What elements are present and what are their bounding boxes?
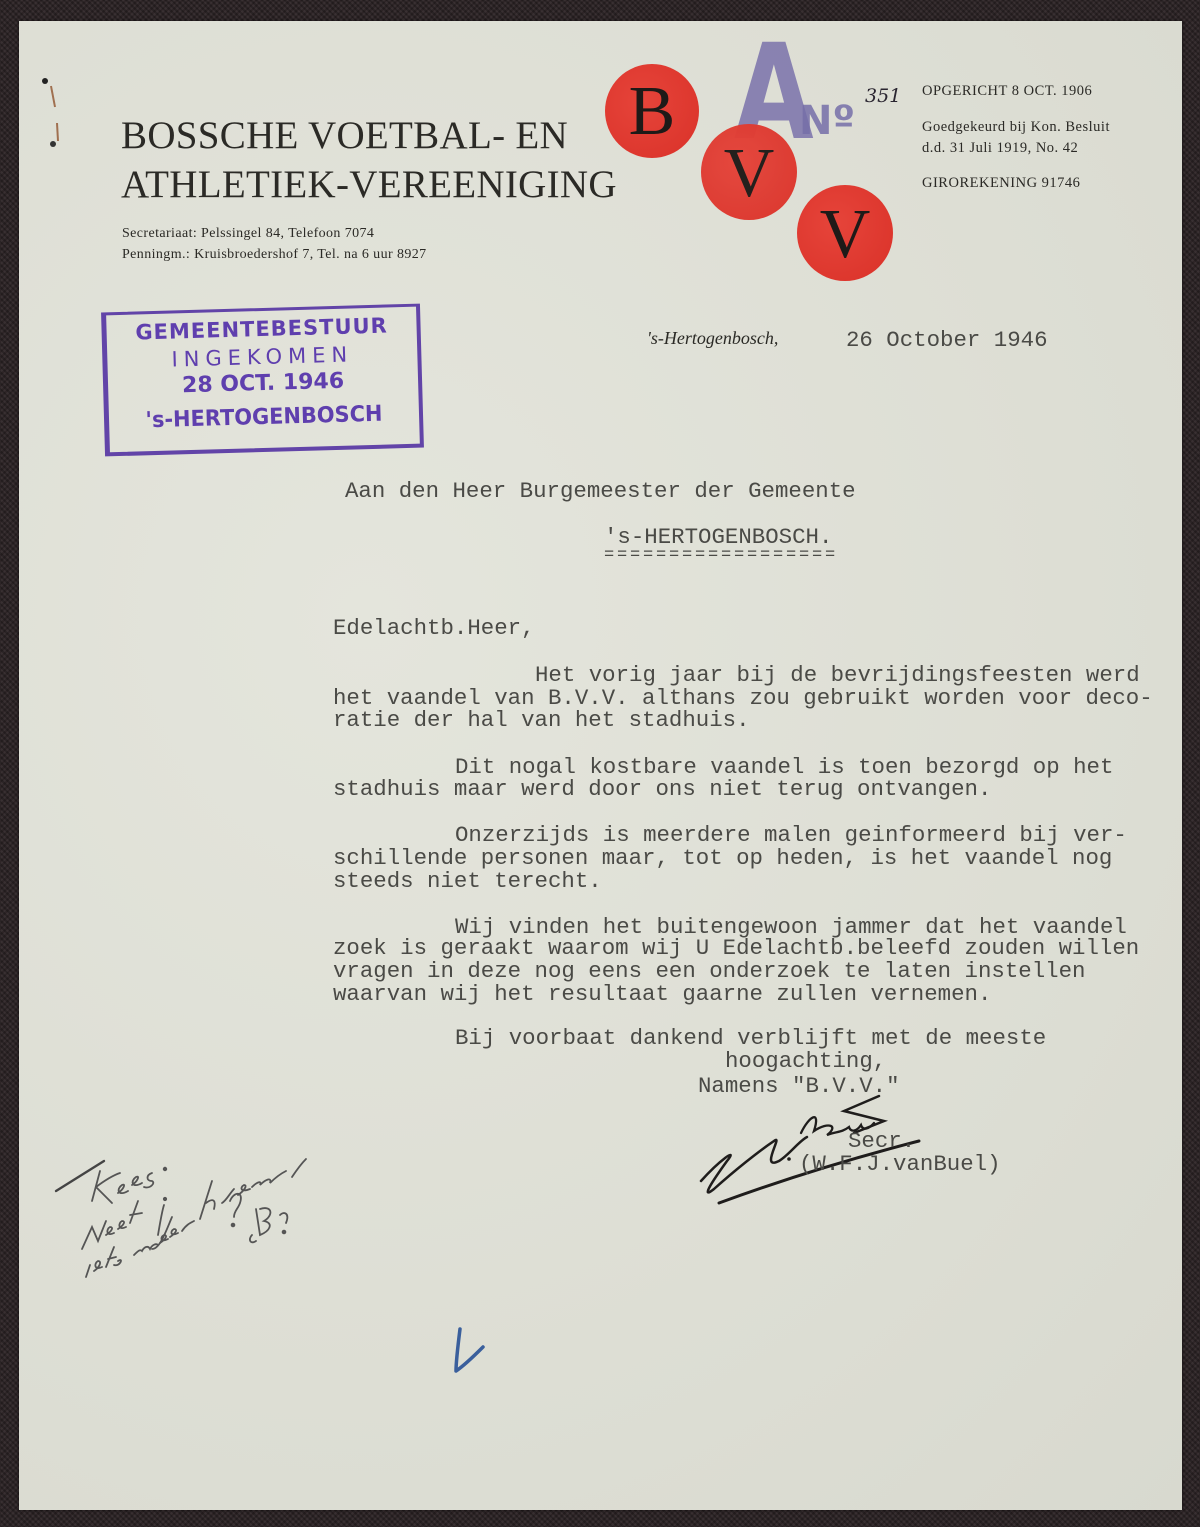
goedgekeurd-line1: Goedgekeurd bij Kon. Besluit bbox=[922, 119, 1110, 136]
body-p1-line3: ratie der hal van het stadhuis. bbox=[333, 707, 750, 733]
body-p2-line2: stadhuis maar werd door ons niet terug o… bbox=[333, 776, 991, 802]
opgericht: OPGERICHT 8 OCT. 1906 bbox=[922, 83, 1092, 100]
received-stamp-city: 's-HERTOGENBOSCH bbox=[117, 401, 412, 434]
logo-circle-v1: V bbox=[701, 124, 797, 220]
archive-number: 351 bbox=[865, 85, 901, 107]
body-p4-line4: waarvan wij het resultaat gaarne zullen … bbox=[333, 981, 991, 1007]
received-stamp-line1: GEMEENTEBESTUUR bbox=[106, 313, 417, 346]
date: 26 October 1946 bbox=[846, 327, 1048, 353]
salutation: Edelachtb.Heer, bbox=[333, 615, 535, 641]
logo-circle-v2: V bbox=[797, 185, 893, 281]
logo-letter-b: B bbox=[605, 72, 699, 152]
addressee-line1: Aan den Heer Burgemeester der Gemeente bbox=[345, 478, 856, 504]
staple-marks-icon bbox=[37, 71, 67, 151]
penningmeester-address: Penningm.: Kruisbroedershof 7, Tel. na 6… bbox=[122, 247, 427, 263]
secretariaat-address: Secretariaat: Pelssingel 84, Telefoon 70… bbox=[122, 226, 374, 242]
girorekening: GIROREKENING 91746 bbox=[922, 175, 1080, 192]
logo-letter-v1: V bbox=[701, 134, 797, 214]
org-name-line2: ATHLETIEK-VEREENIGING bbox=[121, 162, 617, 207]
received-stamp: GEMEENTEBESTUUR INGEKOMEN 28 OCT. 1946 '… bbox=[101, 304, 424, 457]
place: 's-Hertogenbosch, bbox=[647, 328, 778, 349]
letter-page: BOSSCHE VOETBAL- EN ATHLETIEK-VEREENIGIN… bbox=[19, 21, 1182, 1510]
archive-stamp-no: Nº bbox=[799, 101, 855, 141]
pencil-annotation-icon bbox=[34, 1131, 334, 1311]
body-p3-line3: steeds niet terecht. bbox=[333, 868, 602, 894]
signer-name: (W.F.J.vanBuel) bbox=[799, 1151, 1001, 1177]
check-mark-icon bbox=[449, 1321, 509, 1391]
logo-letter-v2: V bbox=[797, 195, 893, 275]
addressee-underline: ================== bbox=[604, 546, 838, 565]
logo-circle-b: B bbox=[605, 64, 699, 158]
goedgekeurd-line2: d.d. 31 Juli 1919, No. 42 bbox=[922, 140, 1078, 157]
org-name-line1: BOSSCHE VOETBAL- EN bbox=[121, 113, 568, 158]
